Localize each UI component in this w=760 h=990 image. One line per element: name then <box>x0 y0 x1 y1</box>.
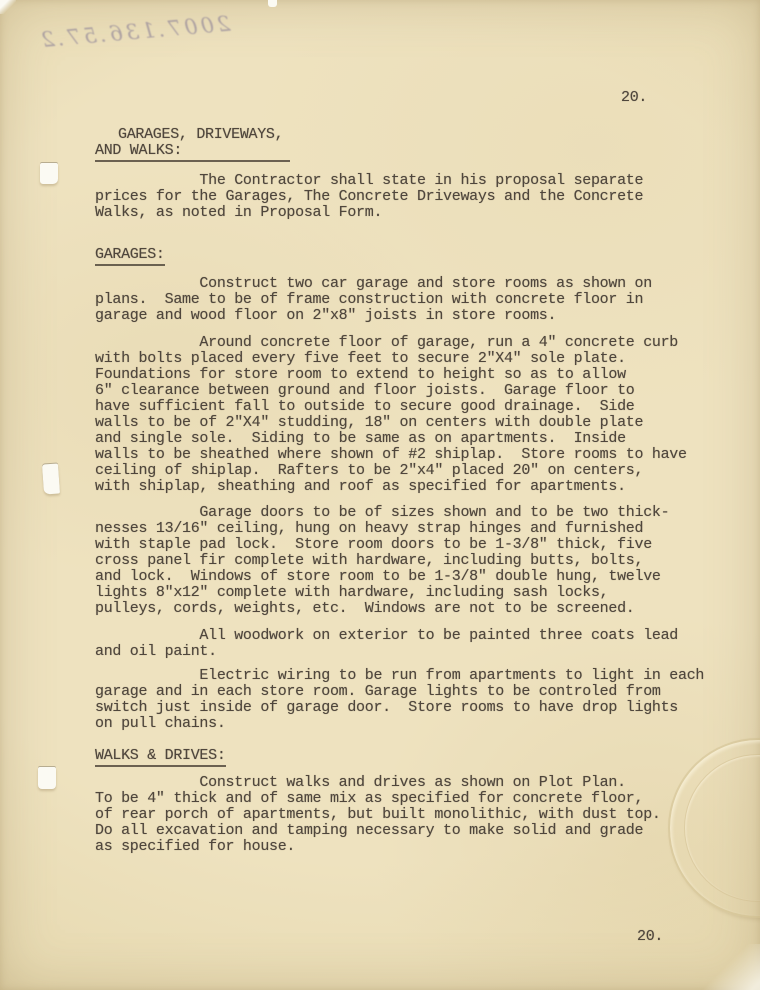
section-heading-line: GARAGES, DRIVEWAYS, <box>95 127 705 143</box>
paragraph: Construct two car garage and store rooms… <box>95 276 705 324</box>
section-heading-walks-drives: WALKS & DRIVES: <box>95 748 226 767</box>
page-number-bottom: 20. <box>637 929 663 945</box>
section-heading-garages: GARAGES: <box>95 247 165 266</box>
paper-corner-highlight <box>700 944 760 990</box>
punch-hole-icon <box>40 163 58 184</box>
paragraph: Garage doors to be of sizes shown and to… <box>95 505 705 617</box>
section-heading-garages-driveways-walks: GARAGES, DRIVEWAYS, AND WALKS: <box>95 127 705 162</box>
paper-edge-notch <box>268 0 277 7</box>
paragraph: Construct walks and drives as shown on P… <box>95 775 705 855</box>
paragraph: The Contractor shall state in his propos… <box>95 173 705 221</box>
paragraph: Electric wiring to be run from apartment… <box>95 668 705 732</box>
paragraph: Around concrete floor of garage, run a 4… <box>95 335 705 495</box>
paper-corner-wear <box>0 0 16 14</box>
punch-hole-icon <box>42 463 60 494</box>
document-content: GARAGES, DRIVEWAYS, AND WALKS: The Contr… <box>95 127 705 855</box>
document-page-scan: 2007.136.57.2 20. GARAGES, DRIVEWAYS, AN… <box>0 0 760 990</box>
punch-hole-icon <box>38 767 56 789</box>
paragraph: All woodwork on exterior to be painted t… <box>95 628 705 660</box>
handwritten-accession-number: 2007.136.57.2 <box>37 12 231 53</box>
section-heading-line-underlined: AND WALKS: <box>95 143 290 162</box>
page-number-top: 20. <box>621 90 647 106</box>
